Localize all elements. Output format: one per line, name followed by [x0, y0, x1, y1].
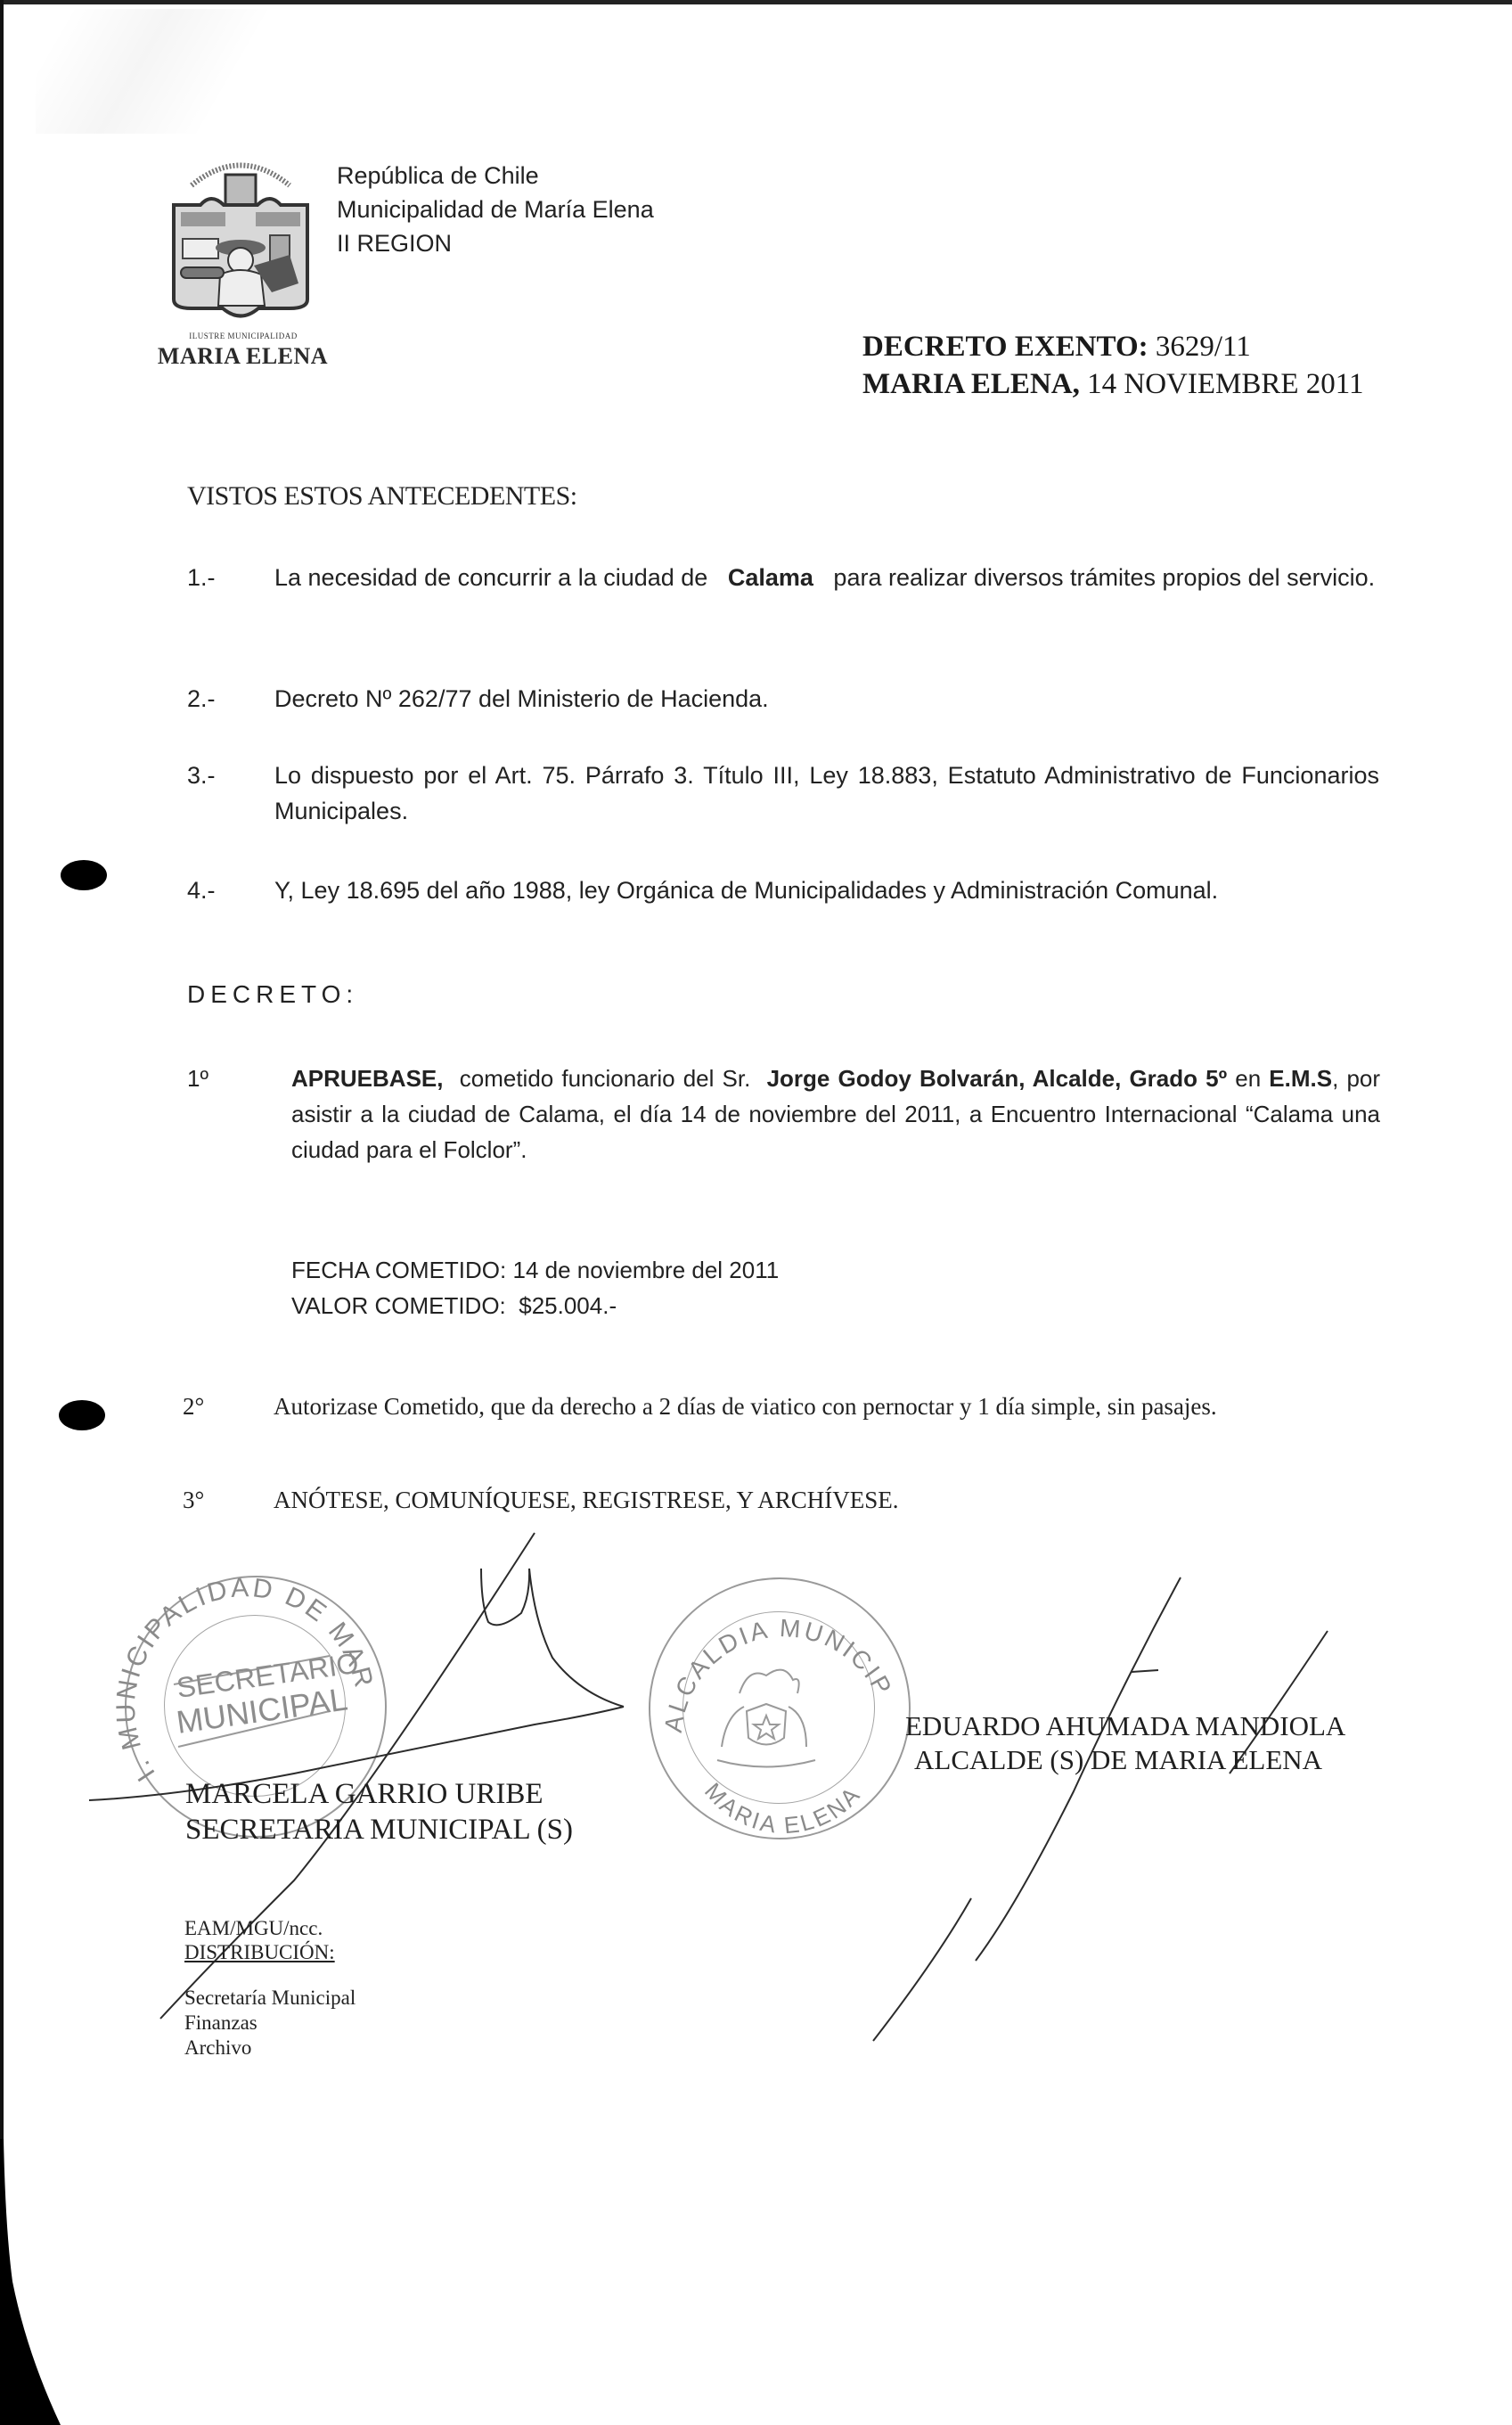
item-number: 2.- [187, 681, 267, 717]
item-number: 3.- [187, 758, 267, 793]
scanned-document-page: ILUSTRE MUNICIPALIDAD MARIA ELENA Repúbl… [0, 0, 1512, 2425]
article-number: 3° [183, 1487, 204, 1514]
valor-label: VALOR COMETIDO: [291, 1292, 506, 1319]
scan-left-edge [0, 0, 4, 2425]
item-text: Lo dispuesto por el Art. 75. Párrafo 3. … [274, 758, 1379, 829]
logo-caption-small: ILUSTRE MUNICIPALIDAD [159, 332, 328, 340]
article-text: Autorizase Cometido, que da derecho a 2 … [274, 1393, 1217, 1421]
item-text-after: para realizar diversos trámites propios … [833, 564, 1375, 591]
punch-hole-icon [59, 1400, 105, 1430]
fecha-label: FECHA COMETIDO: [291, 1257, 506, 1283]
article-lead: APRUEBASE, [291, 1065, 443, 1092]
punch-hole-icon [61, 860, 107, 890]
decree-header: DECRETO EXENTO: 3629/11 MARIA ELENA, 14 … [862, 328, 1364, 403]
mayor-stamp-icon [649, 1577, 911, 1839]
vistos-heading: VISTOS ESTOS ANTECEDENTES: [187, 481, 577, 512]
article-ems: E.M.S [1269, 1065, 1332, 1092]
item-text: La necesidad de concurrir a la ciudad de… [274, 560, 1379, 595]
secretary-title: SECRETARIA MUNICIPAL (S) [185, 1812, 573, 1847]
distribution-item: Archivo [184, 2036, 356, 2060]
mayor-title: ALCALDE (S) DE MARIA ELENA [905, 1743, 1345, 1777]
fecha-value: 14 de noviembre del 2011 [512, 1257, 779, 1283]
secretary-signature-block: MARCELA GARRIO URIBE SECRETARIA MUNICIPA… [185, 1776, 573, 1847]
scan-shading [36, 9, 303, 134]
letterhead: República de Chile Municipalidad de Marí… [337, 159, 654, 260]
stamp-inner-ring [164, 1615, 346, 1797]
item-text-before: La necesidad de concurrir a la ciudad de [274, 564, 707, 591]
footer-reference: EAM/MGU/ncc. DISTRIBUCIÓN: [184, 1916, 335, 1964]
distribution-item: Finanzas [184, 2011, 356, 2036]
article-person: Jorge Godoy Bolvarán, Alcalde, Grado 5º [767, 1065, 1228, 1092]
article-text-mid: cometido funcionario del Sr. [460, 1065, 751, 1092]
item-number: 4.- [187, 873, 267, 908]
decree-number: 3629/11 [1156, 331, 1251, 363]
valor-value: $25.004.- [519, 1292, 617, 1319]
article-text-en: en [1235, 1065, 1261, 1092]
mayor-name: EDUARDO AHUMADA MANDIOLA [905, 1709, 1345, 1743]
item-text: Y, Ley 18.695 del año 1988, ley Orgánica… [274, 873, 1379, 908]
letterhead-municipality: Municipalidad de María Elena [337, 193, 654, 226]
mayor-signature-block: EDUARDO AHUMADA MANDIOLA ALCALDE (S) DE … [905, 1709, 1345, 1777]
letterhead-region: II REGION [337, 226, 654, 260]
stamp-inner-ring [682, 1611, 875, 1804]
article-number: 1º [187, 1061, 208, 1096]
decreto-heading: DECRETO: [187, 980, 358, 1009]
municipal-crest-logo-icon [165, 150, 316, 324]
item-text: Decreto Nº 262/77 del Ministerio de Haci… [274, 681, 1379, 717]
cometido-details: FECHA COMETIDO: 14 de noviembre del 2011… [291, 1252, 779, 1323]
distribution-label: DISTRIBUCIÓN: [184, 1940, 335, 1964]
item-bold-city: Calama [728, 564, 813, 591]
distribution-list: Secretaría Municipal Finanzas Archivo [184, 1986, 356, 2060]
scan-shadow-artifact [0, 2139, 71, 2425]
letterhead-country: República de Chile [337, 159, 654, 193]
item-number: 1.- [187, 560, 267, 595]
decree-date: 14 NOVIEMBRE 2011 [1087, 368, 1363, 400]
initials: EAM/MGU/ncc. [184, 1916, 335, 1940]
article-text: APRUEBASE, cometido funcionario del Sr. … [291, 1061, 1380, 1167]
mayor-signature-icon [873, 1577, 1328, 2041]
distribution-item: Secretaría Municipal [184, 1986, 356, 2011]
article-text: ANÓTESE, COMUNÍQUESE, REGISTRESE, Y ARCH… [274, 1487, 899, 1514]
scan-top-edge [0, 0, 1512, 4]
secretary-name: MARCELA GARRIO URIBE [185, 1776, 573, 1812]
decree-place: MARIA ELENA, [862, 368, 1080, 400]
decree-label: DECRETO EXENTO: [862, 331, 1148, 363]
article-number: 2° [183, 1393, 204, 1421]
logo-caption-big: MARIA ELENA [151, 343, 334, 370]
